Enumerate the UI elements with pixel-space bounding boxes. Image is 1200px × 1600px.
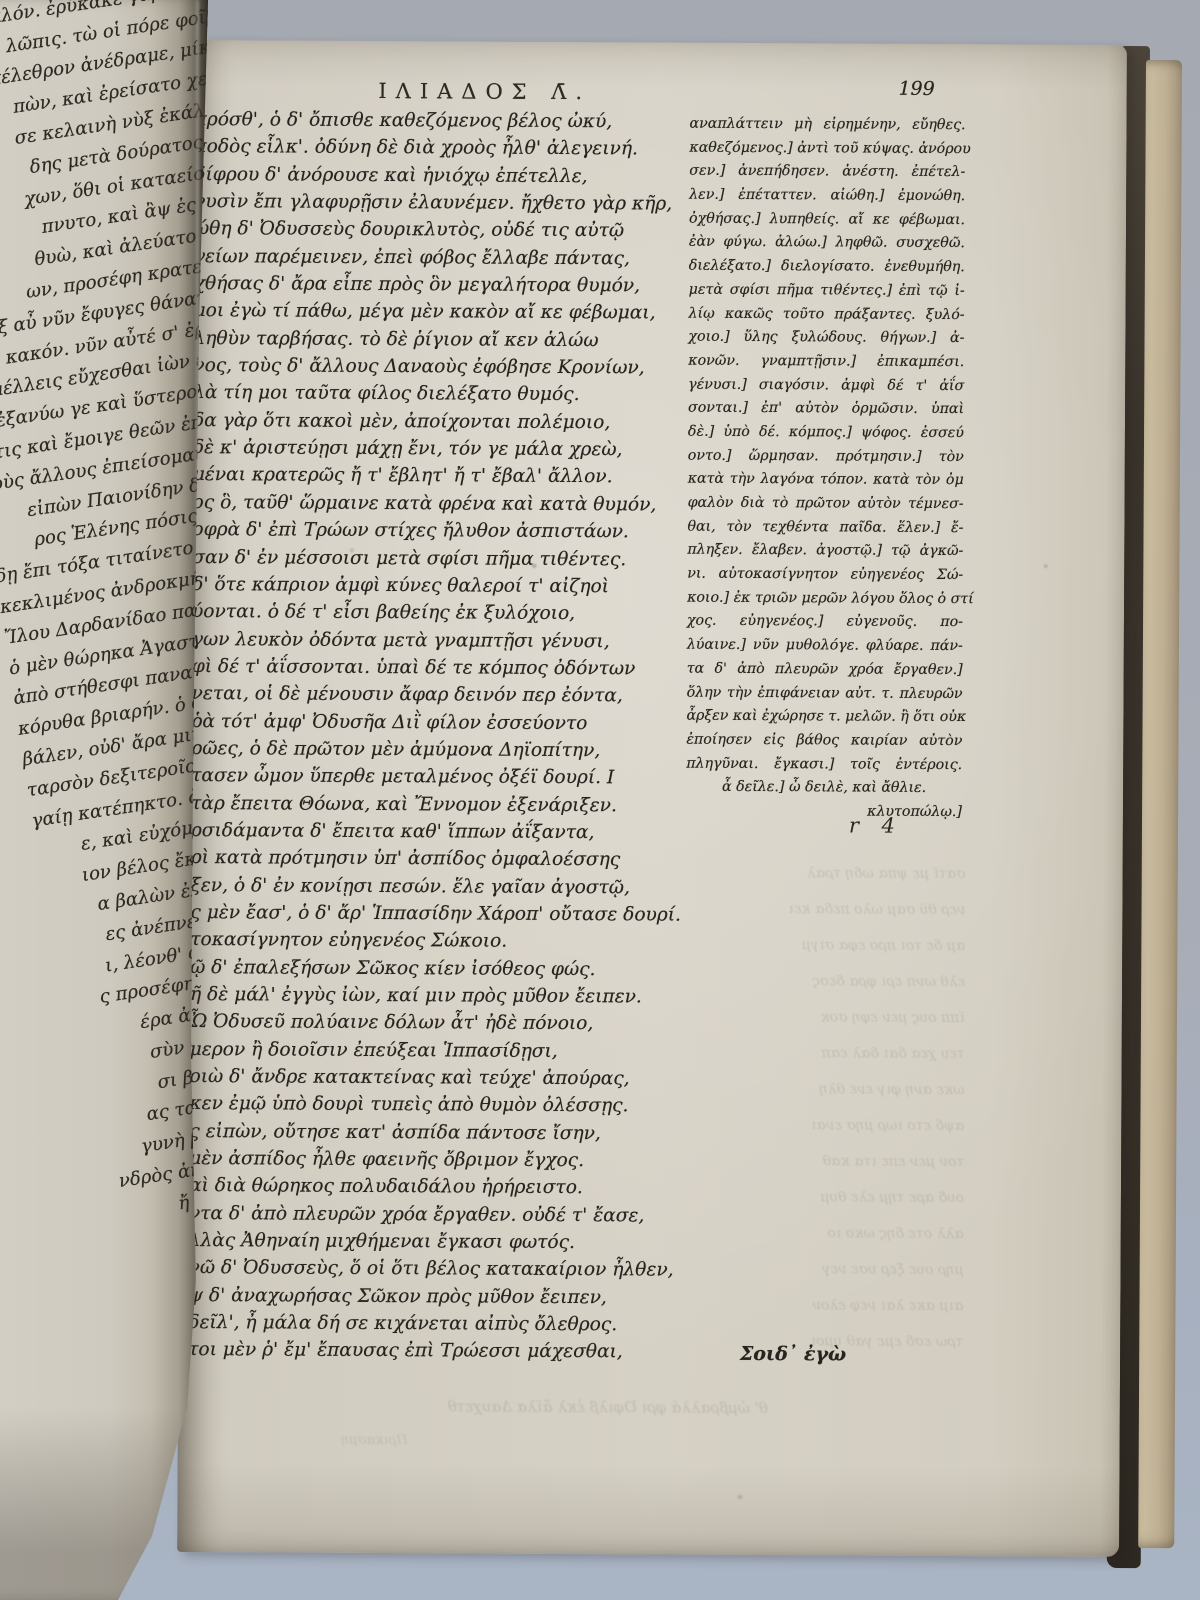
commentary-line: ἐὰν φύγω. ἁλώω.] ληφθῶ. συσχεθῶ. [689,231,965,256]
main-text-line: αὶ διὰ θώρηκος πολυδαιδάλου ἠρήρειστο. [189,1172,667,1202]
commentary-line: λίῳ κακῶς τοῦτο πράξαντες. ξυλό- [689,302,965,327]
commentary-line: σεν.] ἀνεπήδησεν. ἀνέστη. ἐπέτελ- [689,160,965,185]
showthrough-line: ωκε ανη φιγ ενε θλη [684,1071,964,1108]
showthrough-text: σατϊ με ψπα ωδη τραλνερ θϋ σαμ ωλο πεδα … [683,855,966,1360]
main-text-line: κεν ἐμῷ ὑπὸ δουρὶ τυπεὶς ἀπὸ θυμὸν ὀλέσσ… [189,1090,667,1120]
main-text-line: μέναι κρατερῶς ἤ τ' ἔβλητ' ἤ τ' ἔβαλ' ἄλ… [193,462,671,492]
main-text-line: τὰρ ἔπειτα Θόωνα, καὶ Ἔννομον ἐξενάριξεν… [191,790,669,820]
commentary-line: χοιο.] ὕλης ξυλώδους. θήγων.] ἀ- [688,326,964,351]
commentary-line: διελέξατο.] διελογίσατο. ἐνεθυμήθη. [689,255,965,280]
main-text-line: νυσὶν ἔπι γλαφυρῇσιν ἐλαυνέμεν. ἤχθετο γ… [194,188,672,218]
main-text-line: μὲν ἀσπίδος ἦλθε φαεινῆς ὄβριμον ἔγχος. [189,1145,667,1175]
commentary-line: ὀχθήσας.] λυπηθείς. αἴ κε φέβωμαι. [689,207,965,232]
showthrough-line: σατϊ με ψπα ωδη τραλ [686,855,966,892]
commentary-line: γένυσι.] σιαγόσιν. ἀμφὶ δέ τ' ἀΐσ [688,373,964,398]
commentary-line: χος. εὐηγενέος.] εὐγενοῦς. πο- [687,610,963,635]
main-text-line: νεται, οἱ δὲ μένουσιν ἄφαρ δεινόν περ ἐό… [192,680,670,710]
main-text-line: ύονται. ὁ δέ τ' εἶσι βαθείης ἐκ ξυλόχοιο… [192,598,670,628]
commentary-line: μετὰ σφίσι πῆμα τιθέντες.] ἐπὶ τῷ ἰ- [689,278,965,303]
main-text-line: ντα δ' ἀπὸ πλευρῶν χρόα ἔργαθεν. οὐδέ τ'… [189,1200,667,1230]
left-page: λάγχθη δ' ἀπὸ χαλκκαλόν. ἐρύκακε γὰρ τρυ… [0,0,208,1600]
showthrough-line: αψδ ετο ιωρ μησ εναι [684,1107,964,1144]
main-text-line: τασεν ὦμον ὕπερθε μεταλμένος ὀξέϊ δουρί.… [191,762,669,792]
main-text-line: οιὼ δ' ἄνδρε κατακτείνας καὶ τεύχε' ἀπού… [190,1063,668,1093]
main-text-line: γων λευκὸν ὀδόντα μετὰ γναμπτῇσι γένυσι, [192,626,670,656]
main-text-line: λλὰς Ἀθηναίη μιχθήμεναι ἔγκασι φωτός. [189,1227,667,1257]
main-text-line: ῆ δὲ μάλ' ἐγγὺς ἰὼν, καί μιν πρὸς μῦθον … [190,981,668,1011]
main-text-line: λὰ τίη μοι ταῦτα φίλος διελέξατο θυμός. [193,379,671,409]
main-text-line: νος, τοὺς δ' ἄλλους Δαναοὺς ἐφόβησε Κρον… [193,352,671,382]
commentary-line: θαι, τὸν τεχθέντα παῖδα. ἕλεν.] ἔ- [687,515,963,540]
paper-spot [737,1495,742,1499]
showthrough-line: ελθ ωνπ ερι φρα δεος [685,963,965,1000]
showthrough-bottom-line: θ' ὠμβραλλά φρι Ὀφιλβ ἐκλ ἄϊλα Δαυχετθ [208,1396,768,1417]
showthrough-bottom-line-2: Πρικασμη [188,1432,408,1448]
commentary-line: ὅλην τὴν ἐπιφάνειαν αὐτ. τ. πλευρῶν [687,681,963,706]
commentary-line: τα δ' ἀπὸ πλευρῶν χρόα ἔργαθεν.] [687,657,963,682]
main-text-line: ξεν, ὁ δ' ἐν κονίῃσι πεσών. ἕλε γαῖαν ἀγ… [191,872,669,902]
showthrough-line: τρω εσδ εμε γαθ υμοι [683,1323,963,1360]
commentary-line: σονται.] ἐπ' αὐτὸν ὁρμῶσιν. ὑπαὶ [688,397,964,422]
book-photo: ΙΛΙΑΔΟΣ Λ̄. 199 πρόσθ', ὁ δ' ὄπισθε καθε… [0,0,1200,1600]
showthrough-line: αλλ οτε δης ωκο ιο [684,1215,964,1252]
main-text-line: γείων παρέμεινεν, ἐπεὶ φόβος ἔλλαβε πάντ… [194,243,672,273]
paper-spot [1044,565,1047,568]
commentary-line: φαλὸν διὰ τὸ πρῶτον αὐτὸν τέμνεσ- [688,492,964,517]
paper-spot [350,549,353,552]
main-text-line: τοκασίγνητον εὐηγενέος Σώκοιο. [190,926,668,956]
showthrough-line: τον μεν επε ιτα καθ [684,1143,964,1180]
main-text-line: ς εἰπὼν, οὔτησε κατ' ἀσπίδα πάντοσε ἴσην… [189,1118,667,1148]
main-text-line: δ' ὅτε κάπριον ἀμφὶ κύνες θαλεροί τ' αἰζ… [192,571,670,601]
showthrough-line: αιμ ακε λαι νεφ ελον [683,1287,963,1324]
commentary-line: κονῶν. γναμπτῇσιν.] ἐπικαμπέσι. [688,350,964,375]
showthrough-line: μηρ ουε ξερ υσε νεγ [683,1251,963,1288]
main-text-line: ποδὸς εἷλκ'. ὀδύνη δὲ διὰ χροὸς ἦλθ' ἀλε… [194,133,672,163]
commentary-line: ἆ δεῖλε.] ὦ δειλὲ, καὶ ἄθλιε. [686,776,962,801]
main-text-column: πρόσθ', ὁ δ' ὄπισθε καθεζόμενος βέλος ὠκ… [188,106,673,1366]
main-text-line: μερον ἢ δοιοῖσιν ἐπεύξεαι Ἱππασίδῃσι, [190,1036,668,1066]
commentary-line: δὲ.] ὑπὸ δέ. κόμπος.] ψόφος. ἐσσεύ [688,421,964,446]
commentary-line: αναπλάττειν μὴ εἰρημένην, εὔηθες. [690,113,966,138]
main-text-line: ληθὺν ταρβήσας. τὸ δὲ ῥίγιον αἴ κεν ἁλώω [193,325,671,355]
main-text-line: οφρὰ δ' ἐπὶ Τρώων στίχες ἤλυθον ἀσπιστάω… [192,516,670,546]
main-text-line: πρόσθ', ὁ δ' ὄπισθε καθεζόμενος βέλος ὠκ… [195,106,673,136]
main-text-line: ψ δ' ἀναχωρήσας Σῶκον πρὸς μῦθον ἔειπεν, [188,1282,666,1312]
commentary-line: καθεζόμενος.] ἀντὶ τοῦ κύψας. ἀνόρου [689,136,965,161]
main-text-line: δα γὰρ ὅτι κακοὶ μὲν, ἀποίχονται πολέμοι… [193,407,671,437]
showthrough-line: τευ χεα δαι δαλ εαπ [685,1035,965,1072]
commentary-line: κατὰ τὴν λαγόνα τόπον. κατὰ τὸν ὀμ [688,468,964,493]
main-text-line: Ὦ Ὀδυσεῦ πολύαινε δόλων ἆτ' ἠδὲ πόνοιο, [190,1008,668,1038]
main-text-line: ῥὰ τότ' ἀμφ' Ὀδυσῆα Διῒ φίλον ἐσσεύοντο [191,708,669,738]
main-text-line: δίφρου δ' ἀνόρουσε καὶ ἡνιόχῳ ἐπέτελλε, [194,161,672,191]
main-text-line: ρσιδάμαντα δ' ἔπειτα καθ' ἵππων ἀΐξαντα, [191,817,669,847]
commentary-line: λύαινε.] νῦν μυθολόγε. φλύαρε. πάν- [687,634,963,659]
main-text-line: ς μὲν ἔασ', ὁ δ' ἄρ' Ἱππασίδην Χάροπ' οὔ… [190,899,668,929]
paper-spot [532,564,536,568]
showthrough-line: νερ θϋ σαμ ωλο πεδα κει [685,891,965,928]
running-title: ΙΛΙΑΔΟΣ Λ̄. [305,79,665,105]
main-text-line: νῶ δ' Ὀδυσσεὺς, ὅ οἱ ὅτι βέλος κατακαίρι… [188,1254,666,1284]
commentary-line: νι. αὐτοκασίγνητον εὐηγενέος Σώ- [687,563,963,588]
main-text-line: φὶ δέ τ' ἀΐσσονται. ὑπαὶ δέ τε κόμπος ὀδ… [192,653,670,683]
main-text-line: χθήσας δ' ἄρα εἶπε πρὸς ὃν μεγαλήτορα θυ… [194,270,672,300]
left-page-text: λάγχθη δ' ἀπὸ χαλκκαλόν. ἐρύκακε γὰρ τρυ… [0,0,208,1385]
main-text-line: δὲ κ' ἀριστεύῃσι μάχῃ ἔνι, τόν γε μάλα χ… [193,434,671,464]
commentary-line: πληγῦναι. ἔγκασι.] τοῖς ἐντέροις. [686,752,962,777]
commentary-column: αναπλάττειν μὴ εἰρημένην, εὔηθες.καθεζόμ… [686,113,966,825]
commentary-line: ἐποίησεν εἰς βάθος καιρίαν αὐτὸν [686,729,962,754]
main-text-line: ῷ δ' ἐπαλεξήσων Σῶκος κίεν ἰσόθεος φώς. [190,954,668,984]
commentary-line: ἆρξεν καὶ ἐχώρησε τ. μελῶν. ἢ ὅτι οὐκ [686,705,962,730]
commentary-line: οντο.] ὥρμησαν. πρότμησιν.] τὸν [688,444,964,469]
showthrough-line: αμ δε τοι προ εφα σιγμ [685,927,965,964]
showthrough-line: ουδ αρε τημ ελε θυμ [684,1179,964,1216]
main-text-line: ος ὃ, ταῦθ' ὥρμαινε κατὰ φρένα καὶ κατὰ … [193,489,671,519]
main-text-line: ώθη δ' Ὀδυσσεὺς δουρικλυτὸς, οὐδέ τις αὐ… [194,215,672,245]
commentary-line: κοιο.] ἐκ τριῶν μερῶν λόγου ὅλος ὁ στί [687,586,963,611]
main-text-line: μοι ἐγὼ τί πάθω, μέγα μὲν κακὸν αἴ κε φέ… [194,297,672,327]
signature-mark: r 4 [741,813,1011,838]
main-text-line: σαν δ' ἐν μέσσοισι μετὰ σφίσι πῆμα τιθέν… [192,544,670,574]
commentary-line: πληξεν. ἔλαβεν. ἀγοστῷ.] τῷ ἀγκῶ- [687,539,963,564]
main-text-line: δεῖλ', ἦ μάλα δή σε κιχάνεται αἰπὺς ὄλεθ… [188,1309,666,1339]
page-number: 199 [875,78,935,100]
main-text-line: ρὶ κατὰ πρότμησιν ὑπ' ἀσπίδος ὀμφαλοέσση… [191,844,669,874]
commentary-line: λεν.] ἐπέταττεν. αἰώθη.] ἐμονώθη. [689,184,965,209]
showthrough-line: ϊππ ους μεν εφη σοκ [685,999,965,1036]
main-text-line: ρῶες, ὁ δὲ πρῶτον μὲν ἀμύμονα Δηϊοπίτην, [191,735,669,765]
vellum-cover-flap [1138,60,1182,1548]
right-page: ΙΛΙΑΔΟΣ Λ̄. 199 πρόσθ', ὁ δ' ὄπισθε καθε… [177,40,1127,1557]
